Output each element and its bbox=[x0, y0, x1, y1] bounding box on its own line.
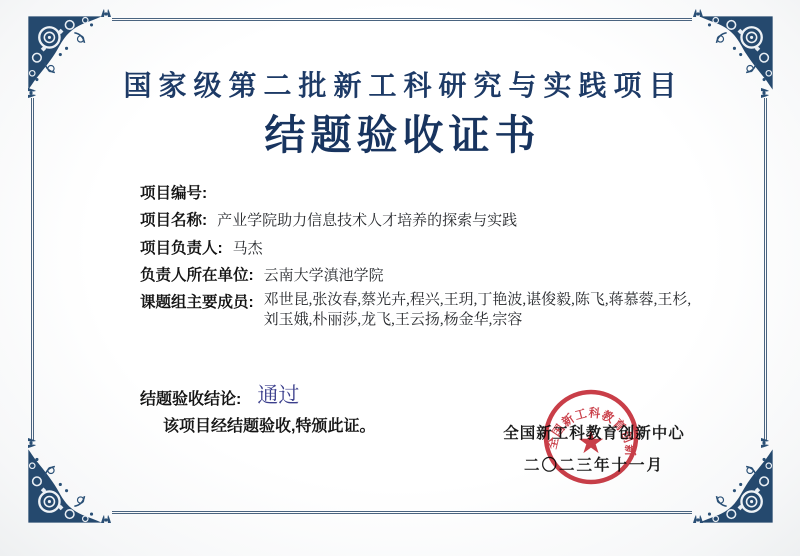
field-leader-unit: 负责人所在单位:云南大学滇池学院 bbox=[140, 263, 384, 285]
seal-star-icon: ★ bbox=[577, 424, 606, 460]
finial-icon bbox=[27, 435, 37, 451]
conclusion-label: 结题验收结论: bbox=[140, 391, 241, 408]
field-project-leader: 项目负责人:马杰 bbox=[140, 236, 263, 258]
finial-icon bbox=[98, 8, 114, 18]
field-conclusion: 结题验收结论:通过 bbox=[140, 381, 299, 411]
official-seal-icon: 全国新工科教育创新中心 ★ bbox=[533, 379, 649, 495]
project-name-value: 产业学院助力信息技术人才培养的探索与实践 bbox=[217, 213, 517, 229]
field-project-number: 项目编号: bbox=[140, 181, 217, 203]
team-members-label: 课题组主要成员: bbox=[140, 294, 254, 311]
certificate-page: 国家级第二批新工科研究与实践项目 结题验收证书 项目编号: 项目名称:产业学院助… bbox=[0, 0, 800, 556]
finial-icon bbox=[690, 514, 706, 524]
certificate-supertitle: 国家级第二批新工科研究与实践项目 bbox=[0, 64, 800, 104]
finial-icon bbox=[690, 8, 706, 18]
project-leader-value: 马杰 bbox=[233, 241, 263, 257]
certificate-title: 结题验收证书 bbox=[0, 102, 800, 161]
leader-unit-label: 负责人所在单位: bbox=[140, 267, 254, 284]
field-project-name: 项目名称:产业学院助力信息技术人才培养的探索与实践 bbox=[140, 208, 517, 230]
finial-icon bbox=[760, 435, 770, 451]
project-name-label: 项目名称: bbox=[140, 212, 207, 229]
corner-ornament-bottom-left-icon bbox=[26, 447, 104, 525]
leader-unit-value: 云南大学滇池学院 bbox=[264, 268, 384, 284]
project-leader-label: 项目负责人: bbox=[140, 240, 223, 257]
finial-icon bbox=[98, 514, 114, 524]
certificate-statement: 该项目经结题验收,特颁此证。 bbox=[163, 413, 375, 436]
team-members-line1: 邓世昆,张汝春,蔡光卉,程兴,王玥,丁艳波,谌俊毅,陈飞,蒋慕蓉,王杉, bbox=[264, 290, 692, 310]
border-line-top bbox=[112, 18, 692, 21]
conclusion-value: 通过 bbox=[257, 383, 299, 407]
field-team-members: 课题组主要成员: 邓世昆,张汝春,蔡光卉,程兴,王玥,丁艳波,谌俊毅,陈飞,蒋慕… bbox=[140, 290, 691, 330]
corner-ornament-bottom-right-icon bbox=[697, 447, 775, 525]
project-number-label: 项目编号: bbox=[140, 185, 207, 202]
border-line-bottom bbox=[112, 511, 692, 514]
team-members-line2: 刘玉娥,朴丽莎,龙飞,王云扬,杨金华,宗容 bbox=[264, 310, 692, 330]
